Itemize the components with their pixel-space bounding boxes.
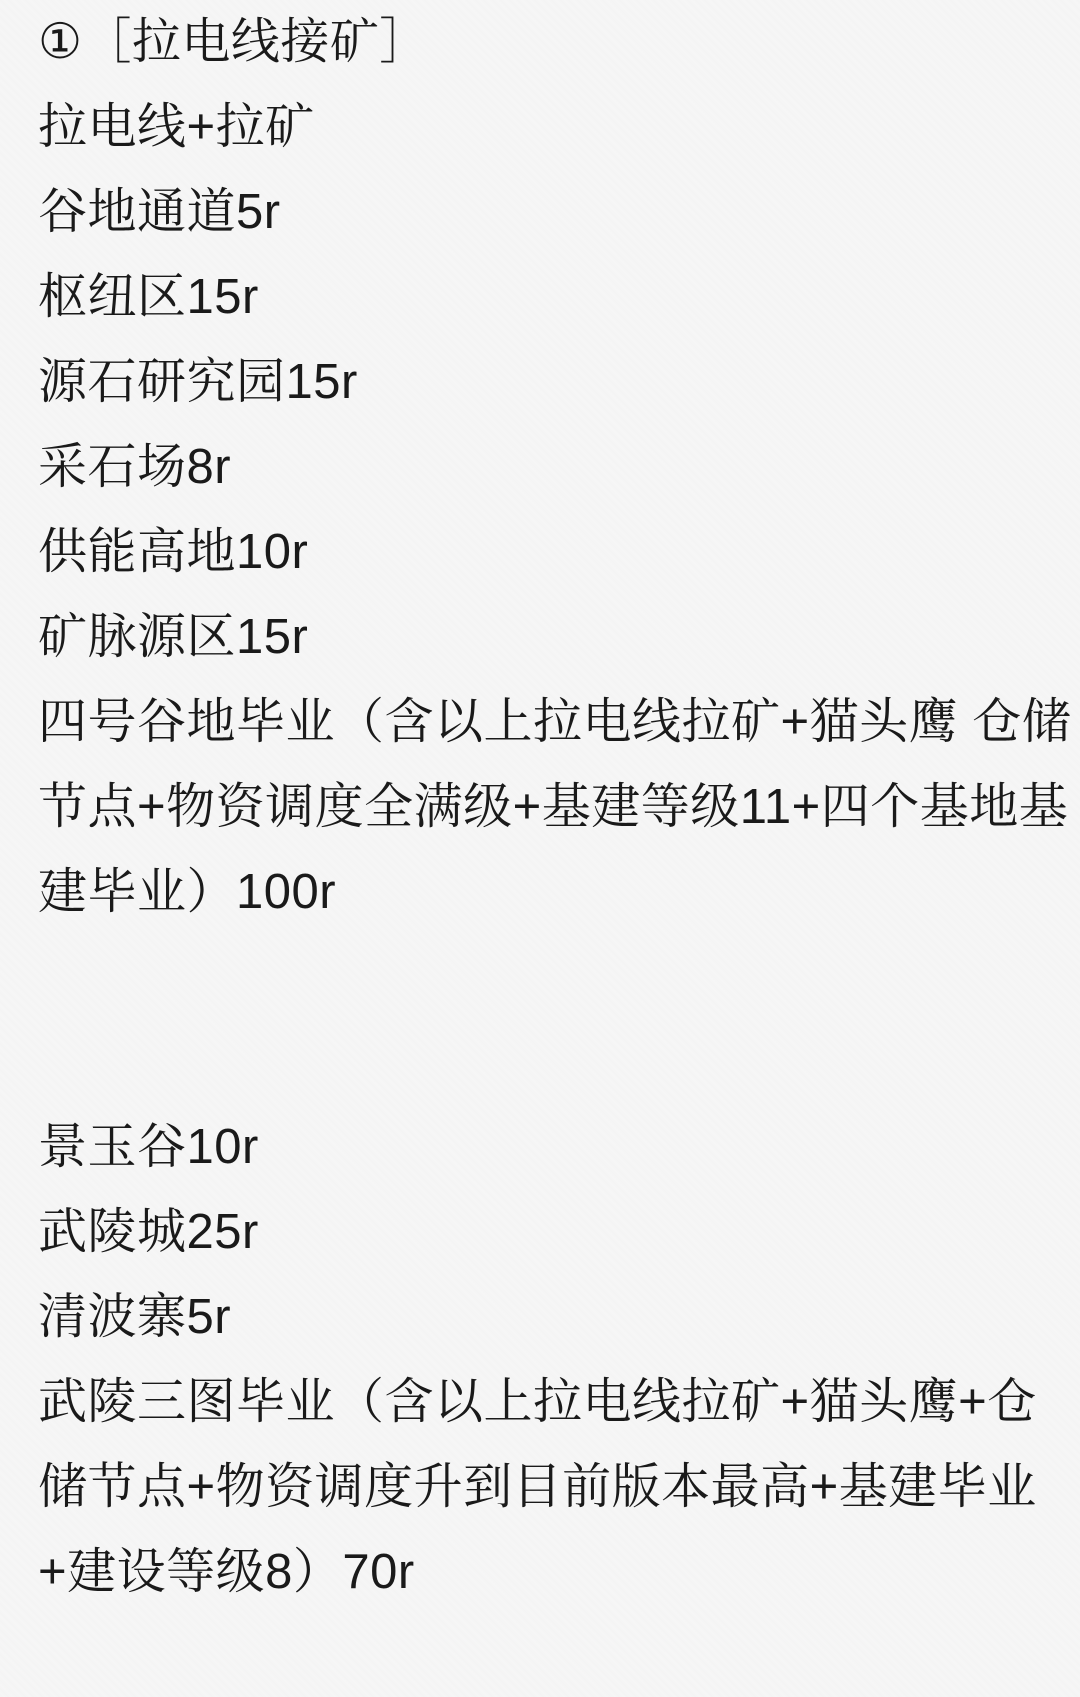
package-sihao-gudi-desc-line-1: 四号谷地毕业（含以上拉电线拉矿+猫头鹰 仓储	[38, 680, 1060, 765]
package-sihao-gudi-desc-line-3: 建毕业）100r	[38, 850, 1060, 935]
price-item-kuangmai-yuanqu: 矿脉源区15r	[38, 595, 1060, 680]
blank-line	[38, 935, 1060, 1020]
blank-line	[38, 1020, 1060, 1105]
price-item-gongneng-gaodi: 供能高地10r	[38, 510, 1060, 595]
price-item-wuling-cheng: 武陵城25r	[38, 1190, 1060, 1275]
package-wuling-santu-desc-line-2: 储节点+物资调度升到目前版本最高+基建毕业	[38, 1445, 1060, 1530]
price-item-shuniu-qu: 枢纽区15r	[38, 255, 1060, 340]
package-wuling-santu-desc-line-1: 武陵三图毕业（含以上拉电线拉矿+猫头鹰+仓	[38, 1360, 1060, 1445]
section-header: ①［拉电线接矿］	[38, 0, 1060, 85]
service-name: 拉电线+拉矿	[38, 85, 1060, 170]
price-item-gudi-tongdao: 谷地通道5r	[38, 170, 1060, 255]
price-item-qingbo-zhai: 清波寨5r	[38, 1275, 1060, 1360]
note-page: ①［拉电线接矿］ 拉电线+拉矿 谷地通道5r 枢纽区15r 源石研究园15r 采…	[0, 0, 1080, 1697]
package-sihao-gudi-desc-line-2: 节点+物资调度全满级+基建等级11+四个基地基	[38, 765, 1060, 850]
price-item-jingyu-gu: 景玉谷10r	[38, 1105, 1060, 1190]
price-item-caishichang: 采石场8r	[38, 425, 1060, 510]
price-item-yuanshi-yanjiuyuan: 源石研究园15r	[38, 340, 1060, 425]
package-wuling-santu-desc-line-3: +建设等级8）70r	[38, 1530, 1060, 1615]
